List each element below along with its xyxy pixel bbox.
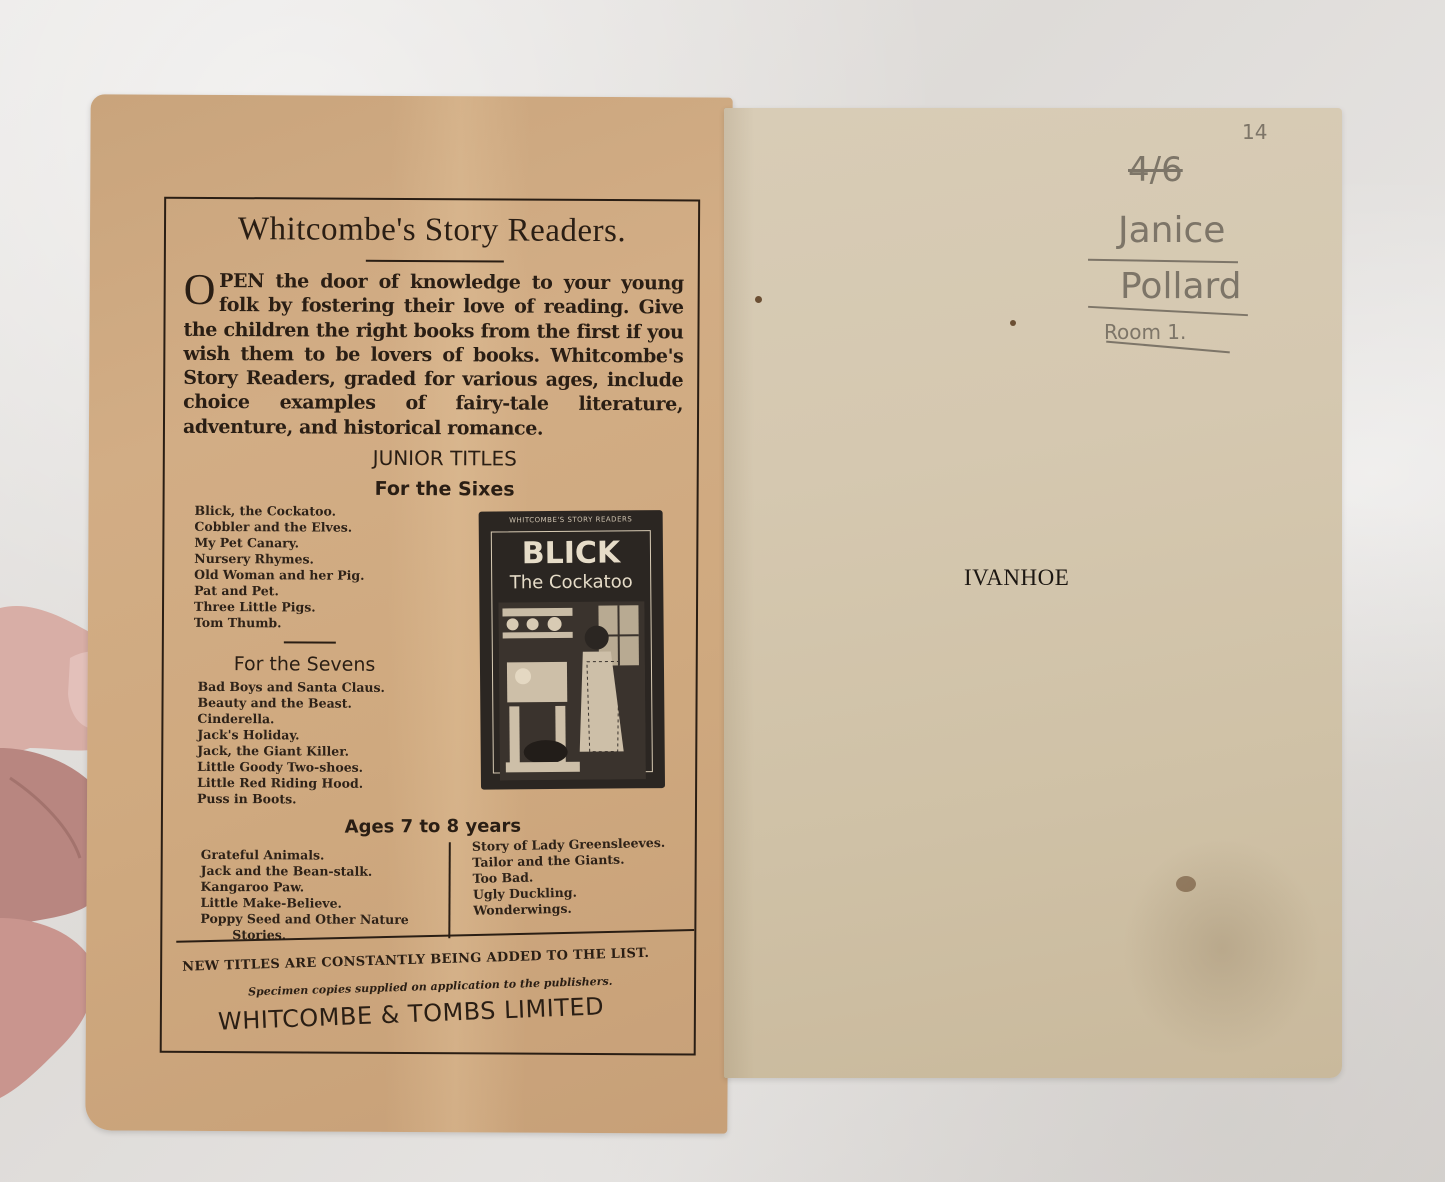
cover-frame: BLICK The Cockatoo [491, 530, 653, 773]
list-item: Bad Boys and Santa Claus. [198, 679, 385, 696]
list-item: Beauty and the Beast. [197, 695, 384, 712]
list-item: Kangaroo Paw. [201, 879, 409, 896]
sixes-heading: For the Sixes [165, 477, 725, 502]
kitchen-scene-illustration [498, 601, 646, 780]
junior-titles-heading: JUNIOR TITLES [165, 445, 725, 472]
pencil-underline [1088, 306, 1248, 316]
sixes-title-list: Blick, the Cockatoo. Cobbler and the Elv… [194, 503, 365, 632]
sevens-heading: For the Sevens [234, 653, 394, 676]
list-item: Jack, the Giant Killer. [197, 743, 384, 760]
intro-text: PEN the door of knowledge to your young … [183, 270, 684, 439]
list-item: Poppy Seed and Other Nature [200, 911, 408, 928]
title-rule [366, 260, 504, 263]
list-item: Three Little Pigs. [194, 599, 364, 616]
gutter-shadow [724, 108, 754, 1078]
section-rule [284, 641, 336, 643]
sevens-title-list: Bad Boys and Santa Claus. Beauty and the… [197, 679, 385, 808]
new-titles-notice: NEW TITLES ARE CONSTANTLY BEING ADDED TO… [182, 945, 692, 975]
list-item: Pat and Pet. [194, 583, 364, 600]
page-stain [1122, 838, 1322, 1058]
advertisement-box: Whitcombe's Story Readers. OPEN the door… [160, 197, 700, 1056]
book-cover-illustration: WHITCOMBE'S STORY READERS BLICK The Cock… [479, 510, 665, 790]
ages-title-list-left: Grateful Animals. Jack and the Bean-stal… [200, 847, 409, 944]
cover-series: WHITCOMBE'S STORY READERS [479, 515, 663, 525]
book-title: IVANHOE [964, 565, 1069, 591]
cover-subtitle: The Cockatoo [492, 571, 650, 593]
handwritten-struck-price: 4/6 [1128, 150, 1183, 190]
publisher-name: WHITCOMBE & TOMBS LIMITED [217, 992, 604, 1035]
pencil-underline [1088, 259, 1238, 264]
right-page: 14 4/6 Janice Pollard Room 1. IVANHOE [724, 108, 1342, 1078]
foxing-spot [1010, 320, 1016, 326]
handwritten-room: Room 1. [1104, 320, 1186, 344]
list-item: Cinderella. [197, 711, 384, 728]
dropcap: O [184, 271, 216, 309]
list-item: Jack's Holiday. [197, 727, 384, 744]
list-item: Little Make-Believe. [200, 895, 408, 912]
list-item: Little Goody Two-shoes. [197, 759, 384, 776]
foxing-spot [755, 296, 762, 303]
ages-heading: Ages 7 to 8 years [313, 815, 553, 837]
ages-title-list-right: Story of Lady Greensleeves. Tailor and t… [472, 835, 667, 919]
list-item: Jack and the Bean-stalk. [201, 863, 409, 880]
handwritten-number: 14 [1242, 120, 1267, 144]
list-item: Nursery Rhymes. [194, 551, 364, 568]
list-item: Blick, the Cockatoo. [194, 503, 364, 520]
handwritten-first-name: Janice [1118, 210, 1225, 251]
list-item: Little Red Riding Hood. [197, 775, 384, 792]
ad-intro: OPEN the door of knowledge to your young… [183, 269, 684, 442]
handwritten-last-name: Pollard [1120, 266, 1242, 307]
list-item: Puss in Boots. [197, 791, 384, 808]
list-item: Tom Thumb. [194, 615, 364, 632]
list-item: Grateful Animals. [201, 847, 409, 864]
ad-title: Whitcombe's Story Readers. [166, 211, 698, 251]
list-item: Cobbler and the Elves. [194, 519, 364, 536]
list-item: Wonderwings. [473, 899, 666, 919]
cover-title: BLICK [492, 535, 650, 571]
left-page: Whitcombe's Story Readers. OPEN the door… [85, 94, 732, 1133]
column-divider [448, 842, 451, 938]
foxing-spot [1176, 876, 1196, 892]
list-item: Old Woman and her Pig. [194, 567, 364, 584]
list-item: My Pet Canary. [194, 535, 364, 552]
